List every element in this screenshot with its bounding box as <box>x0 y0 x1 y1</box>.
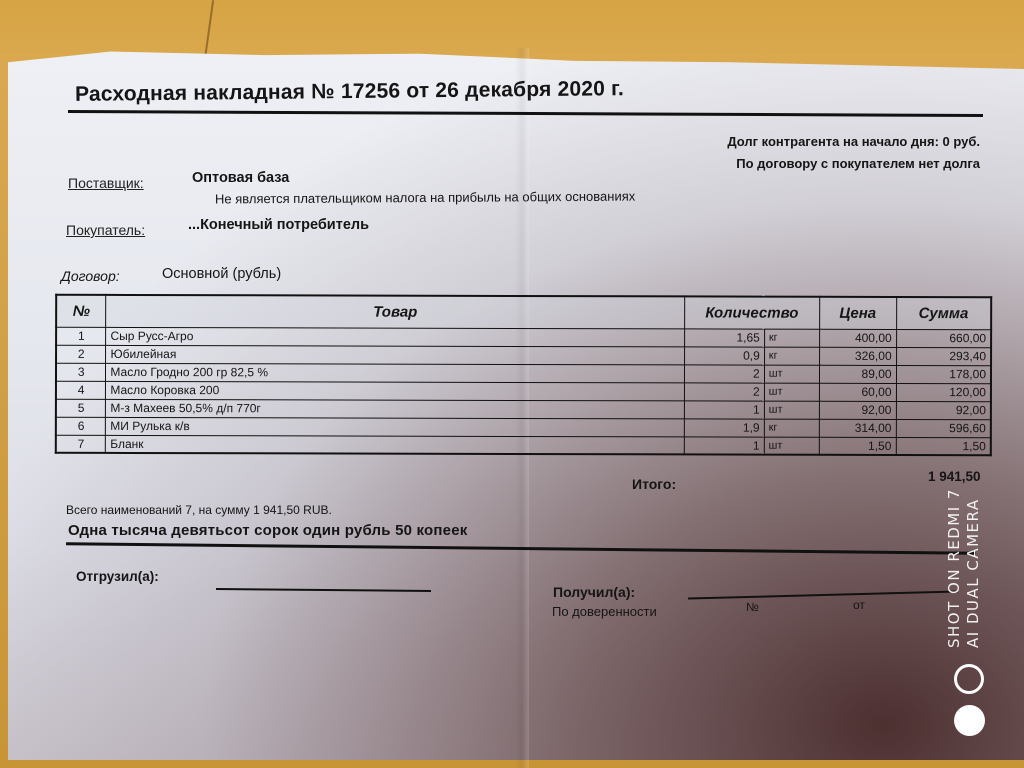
contract-value: Основной (рубль) <box>162 266 281 282</box>
total-value: 1 941,50 <box>928 469 981 484</box>
row-quantity: 1,9 <box>684 418 764 436</box>
row-quantity: 1 <box>684 400 764 418</box>
watermark-line-1: SHOT ON REDMI 7 <box>945 488 964 648</box>
total-label: Итого: <box>632 476 676 492</box>
row-unit: шт <box>764 383 819 401</box>
row-number: 2 <box>56 345 106 363</box>
proxy-number-label: № <box>746 600 759 614</box>
buyer-label: Покупатель: <box>66 222 145 238</box>
row-product-name: Сыр Русс-Агро <box>106 327 684 347</box>
row-price: 400,00 <box>819 329 896 347</box>
row-quantity: 1 <box>684 436 764 454</box>
row-sum: 293,40 <box>896 347 991 365</box>
row-product-name: Бланк <box>106 435 684 455</box>
row-price: 326,00 <box>819 347 896 365</box>
row-number: 1 <box>56 327 106 345</box>
col-header-sum: Сумма <box>896 297 991 329</box>
watermark-dot-icon <box>954 705 985 736</box>
row-product-name: МИ Рулька к/в <box>106 417 684 437</box>
row-quantity: 2 <box>684 382 764 400</box>
debt-info: Долг контрагента на начало дня: 0 руб. П… <box>727 131 980 175</box>
table-row: 7Бланк1шт1,501,50 <box>56 435 991 455</box>
row-unit: шт <box>764 437 819 455</box>
row-unit: кг <box>764 347 819 365</box>
row-quantity: 2 <box>684 364 764 382</box>
row-quantity: 0,9 <box>684 346 764 364</box>
row-price: 1,50 <box>819 437 896 455</box>
supplier-name: Оптовая база <box>192 170 289 186</box>
row-number: 5 <box>56 399 106 417</box>
debt-line-2: По договору с покупателем нет долга <box>727 153 980 175</box>
row-product-name: Масло Коровка 200 <box>106 381 684 401</box>
col-header-quantity: Количество <box>684 296 819 328</box>
row-unit: шт <box>764 365 819 383</box>
table-header-row: № Товар Количество Цена Сумма <box>56 295 991 329</box>
col-header-price: Цена <box>819 297 896 329</box>
col-header-product: Товар <box>106 295 684 329</box>
row-sum: 1,50 <box>896 437 991 455</box>
row-price: 314,00 <box>819 419 896 437</box>
watermark-ring-icon <box>954 664 984 694</box>
goods-table: № Товар Количество Цена Сумма 1Сыр Русс-… <box>55 294 992 456</box>
row-unit: кг <box>764 329 819 347</box>
row-sum: 92,00 <box>896 401 991 419</box>
debt-line-1: Долг контрагента на начало дня: 0 руб. <box>727 131 980 153</box>
row-number: 7 <box>56 435 106 453</box>
amount-in-words: Одна тысяча девятьсот сорок один рубль 5… <box>68 522 467 539</box>
supplier-note: Не является плательщиком налога на прибы… <box>215 189 635 207</box>
row-unit: кг <box>764 419 819 437</box>
row-product-name: Масло Гродно 200 гр 82,5 % <box>106 363 684 383</box>
col-header-number: № <box>56 295 106 327</box>
row-sum: 120,00 <box>896 383 991 401</box>
proxy-date-label: от <box>853 598 865 612</box>
row-unit: шт <box>764 401 819 419</box>
row-sum: 178,00 <box>896 365 991 383</box>
row-product-name: Юбилейная <box>106 345 684 365</box>
proxy-label: По доверенности <box>552 604 657 619</box>
row-number: 6 <box>56 417 106 435</box>
camera-watermark: SHOT ON REDMI 7 AI DUAL CAMERA <box>945 488 999 648</box>
row-price: 60,00 <box>819 383 896 401</box>
row-sum: 596,60 <box>896 419 991 437</box>
row-price: 92,00 <box>819 401 896 419</box>
watermark-line-2: AI DUAL CAMERA <box>964 488 983 648</box>
row-number: 4 <box>56 381 106 399</box>
row-product-name: М-з Махеев 50,5% д/п 770г <box>106 399 684 419</box>
shipped-by-label: Отгрузил(а): <box>76 569 159 584</box>
contract-label: Договор: <box>61 268 120 284</box>
received-by-label: Получил(а): <box>553 584 635 600</box>
row-quantity: 1,65 <box>684 328 764 346</box>
row-price: 89,00 <box>819 365 896 383</box>
row-sum: 660,00 <box>896 329 991 347</box>
buyer-name: ...Конечный потребитель <box>188 217 369 233</box>
supplier-label: Поставщик: <box>68 175 144 191</box>
row-number: 3 <box>56 363 106 381</box>
items-count-line: Всего наименований 7, на сумму 1 941,50 … <box>66 503 332 517</box>
